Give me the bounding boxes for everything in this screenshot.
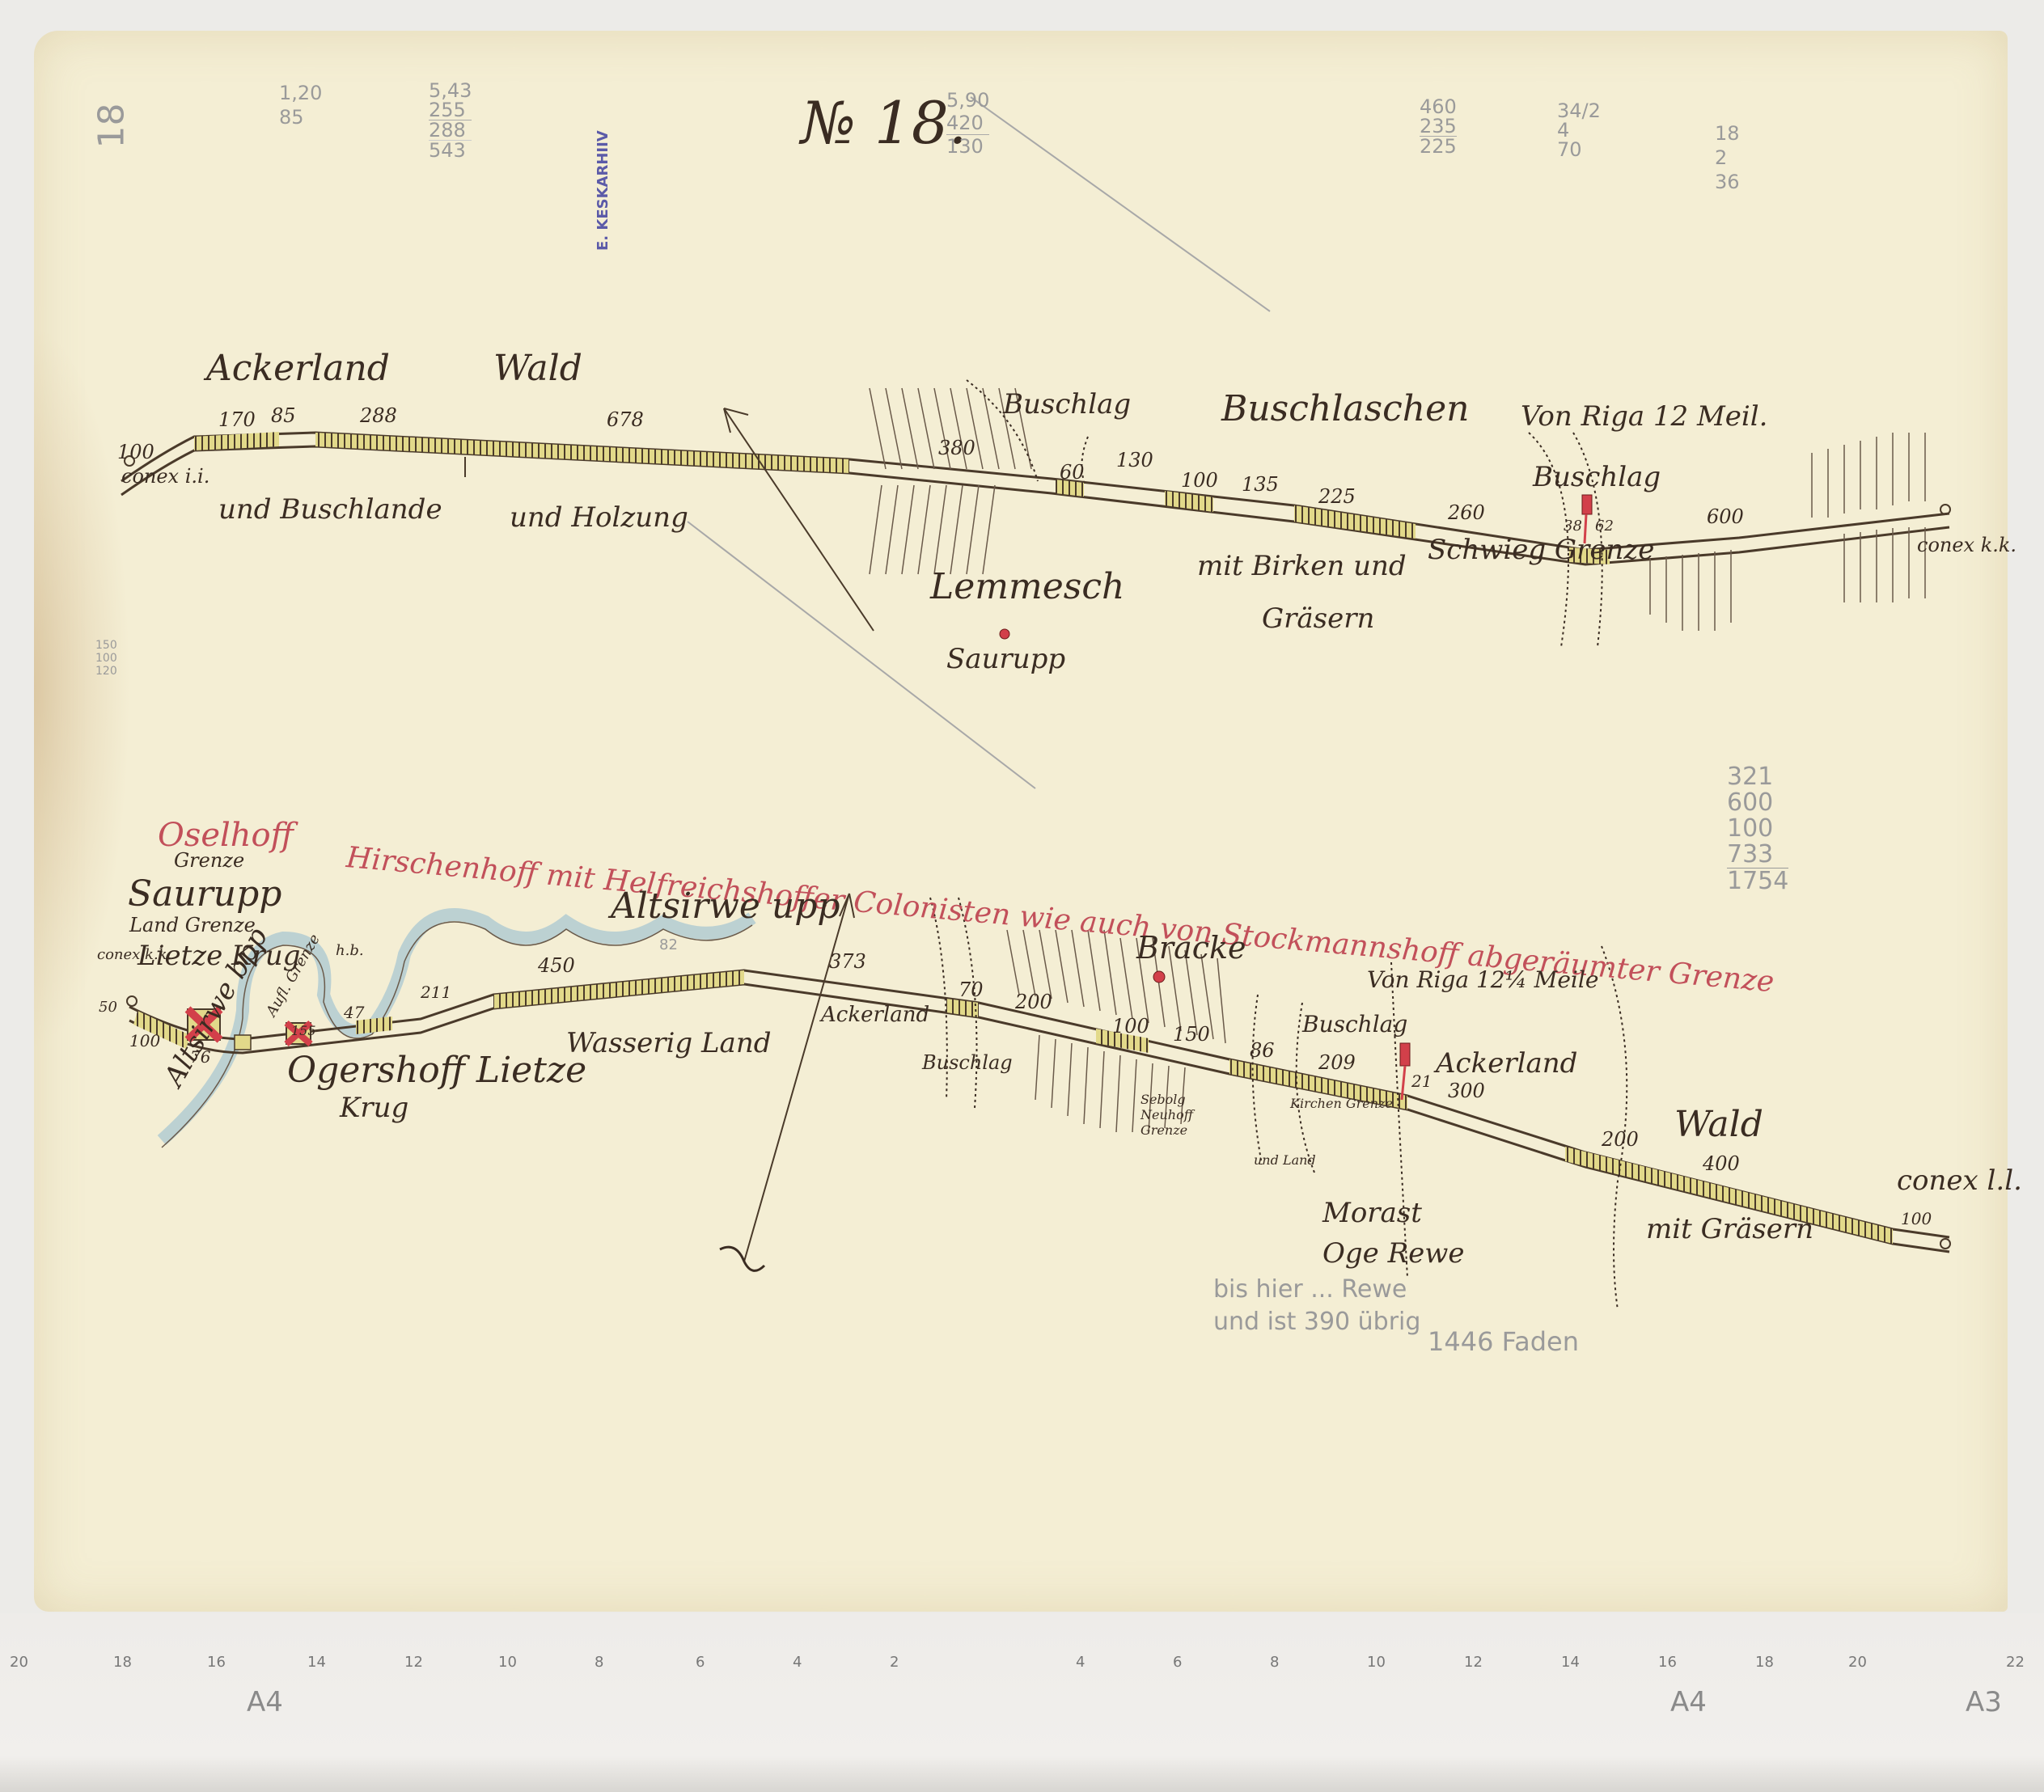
label-wald: Wald (493, 348, 582, 389)
ruler-tick: 6 (1173, 1654, 1182, 1671)
segment-length: 100 (129, 1031, 160, 1050)
segment-length: 76 (190, 1047, 210, 1067)
pencil-calc-top-right-2: 34/2470 (1557, 101, 1601, 159)
label-riga-12-quarter: Von Riga 12¼ Meile (1367, 966, 1598, 993)
segment-length: 85 (271, 404, 296, 427)
label-buschlande: und Buschlande (218, 493, 442, 526)
segment-length: 82 (659, 936, 678, 953)
ruler-tick: 8 (1270, 1654, 1279, 1671)
label-kirchen: Kirchen Grenze (1290, 1096, 1393, 1111)
segment-length: 450 (538, 954, 575, 977)
ruler-tick: 14 (307, 1654, 326, 1671)
pencil-note-bottom: bis hier ... Reweund ist 390 übrig (1213, 1274, 1420, 1338)
segment-length: 50 (99, 999, 117, 1016)
label-oge-rewe: Oge Rewe (1322, 1237, 1465, 1270)
label-buschlag-upper: Buschlag (1003, 388, 1131, 421)
segment-length: 209 (1318, 1051, 1356, 1074)
segment-length: 150 (1173, 1023, 1210, 1046)
ruler-tick: 18 (1755, 1654, 1774, 1671)
ruler-tick: 2 (890, 1654, 899, 1671)
segment-length: 260 (1448, 501, 1485, 524)
segment-length: 100 (117, 441, 154, 463)
segment-length: 100 (1901, 1209, 1932, 1228)
label-birken: mit Birken und (1197, 550, 1407, 582)
ruler-tick: 6 (696, 1654, 705, 1671)
label-lemmesch: Lemmesch (930, 566, 1124, 607)
corner-number: 18 (91, 104, 133, 149)
ruler-tick: 8 (595, 1654, 603, 1671)
ruler-tick: 18 (113, 1654, 132, 1671)
ruler-tick: 4 (793, 1654, 802, 1671)
label-morast: Morast (1322, 1197, 1422, 1229)
segment-length: 600 (1707, 505, 1744, 528)
segment-length: 380 (938, 437, 975, 459)
ruler-tick: 22 (2006, 1654, 2025, 1671)
measuring-ruler (0, 1613, 2044, 1792)
label-kirchen-land: und Land (1254, 1152, 1316, 1168)
label-wasserig-land: Wasserig Land (566, 1027, 772, 1059)
label-bracke: Bracke (1136, 930, 1246, 966)
map-drawing (0, 0, 2044, 1792)
segment-length: 211 (421, 983, 451, 1002)
label-altsirwe-upper: Altsirwe upp (611, 885, 840, 927)
ruler-tick: 14 (1561, 1654, 1580, 1671)
ruler-tick: 4 (1076, 1654, 1085, 1671)
ruler-size-a4-right: A4 (1670, 1686, 1707, 1718)
segment-length: 300 (1448, 1080, 1485, 1102)
label-ackerland-right: Ackerland (1436, 1047, 1577, 1080)
segment-length: 47 (344, 1003, 364, 1022)
segment-length: 130 (1116, 449, 1153, 471)
segment-length: 70 (959, 978, 984, 1001)
pencil-calc-top-right-3: 18236 (1715, 121, 1740, 194)
pencil-calc-top-left: 1,2085 (279, 81, 322, 129)
segment-length: 400 (1703, 1152, 1740, 1175)
marker-conex-kk: conex k.k. (97, 946, 171, 963)
segment-length: 62 (1595, 518, 1614, 535)
ruler-tick: 16 (1658, 1654, 1677, 1671)
label-ackerland: Ackerland (206, 348, 390, 389)
label-ackerland-lower: Ackerland (821, 1003, 929, 1027)
segment-length: 170 (218, 408, 256, 431)
label-buschlag-lower: Buschlag (1302, 1011, 1407, 1038)
label-oselhoff-grenze: Grenze (174, 849, 244, 872)
segment-length: 200 (1602, 1128, 1639, 1151)
marker-conex-ll: conex l.l. (1897, 1164, 2022, 1197)
label-saurupp: Saurupp (128, 873, 281, 915)
ruler-tick: 20 (1848, 1654, 1867, 1671)
label-graesern: Gräsern (1262, 602, 1374, 635)
label-wald-lower: Wald (1674, 1104, 1763, 1145)
label-sebolg: Sebolg Neuhoff Grenze (1140, 1092, 1205, 1138)
archive-stamp: E. KESKARHIIV (595, 130, 612, 251)
pencil-calc-top-mid: 5,90420 130 (946, 89, 989, 158)
ruler-tick: 10 (1367, 1654, 1386, 1671)
pencil-calc-right-sum: 321600 100733 1754 (1727, 764, 1788, 894)
label-grenze-upper: Schwieg Grenze (1428, 534, 1654, 566)
segment-length: 135 (1242, 473, 1279, 496)
label-river-mark: h.b. (336, 942, 364, 959)
ruler-size-a3: A3 (1966, 1686, 2002, 1718)
marker-conex-kk-upper: conex k.k. (1917, 534, 2016, 556)
segment-length: 288 (360, 404, 397, 427)
segment-length: 100 (1112, 1015, 1149, 1038)
marker-conex-ii: conex i.i. (121, 465, 209, 488)
label-buschlag-small: Buschlag (922, 1051, 1013, 1074)
pencil-calc-top-mid-left: 5,43255 288543 (429, 81, 472, 160)
label-saurupp-upper: Saurupp (946, 643, 1065, 675)
segment-length: 200 (1015, 991, 1052, 1013)
ruler-tick: 12 (404, 1654, 423, 1671)
pencil-total: 1446 Faden (1428, 1326, 1579, 1357)
label-riga-12: Von Riga 12 Meil. (1521, 400, 1768, 433)
sheet-number: № 18. (801, 89, 967, 157)
ruler-tick: 16 (207, 1654, 226, 1671)
ruler-size-a4-left: A4 (247, 1686, 283, 1718)
label-ogershoff: Ogershoff Lietze (287, 1050, 586, 1091)
label-mit-graesern: mit Gräsern (1646, 1213, 1813, 1245)
label-saurupp-grenze: Land Grenze (129, 914, 256, 936)
segment-length: 678 (607, 408, 644, 431)
pencil-calc-top-right-1: 460235 225 (1420, 97, 1457, 156)
segment-length: 38 (1564, 518, 1582, 535)
segment-length: 373 (829, 950, 866, 973)
pencil-calc-left-margin: 150100120 (95, 639, 117, 678)
segment-length: 155 (291, 1023, 316, 1038)
ruler-tick: 20 (10, 1654, 28, 1671)
segment-length: 21 (1411, 1071, 1432, 1091)
label-buschlaschen: Buschlaschen (1221, 388, 1469, 429)
segment-length: 225 (1318, 485, 1356, 508)
ruler-tick: 12 (1464, 1654, 1483, 1671)
ruler-tick: 10 (498, 1654, 517, 1671)
label-ogershoff-krug: Krug (340, 1092, 408, 1124)
segment-length: 86 (1250, 1039, 1275, 1062)
segment-length: 60 (1060, 461, 1085, 484)
label-holzung: und Holzung (510, 501, 688, 534)
segment-length: 100 (1181, 469, 1218, 492)
label-buschlag-post: Buschlag (1533, 461, 1661, 493)
